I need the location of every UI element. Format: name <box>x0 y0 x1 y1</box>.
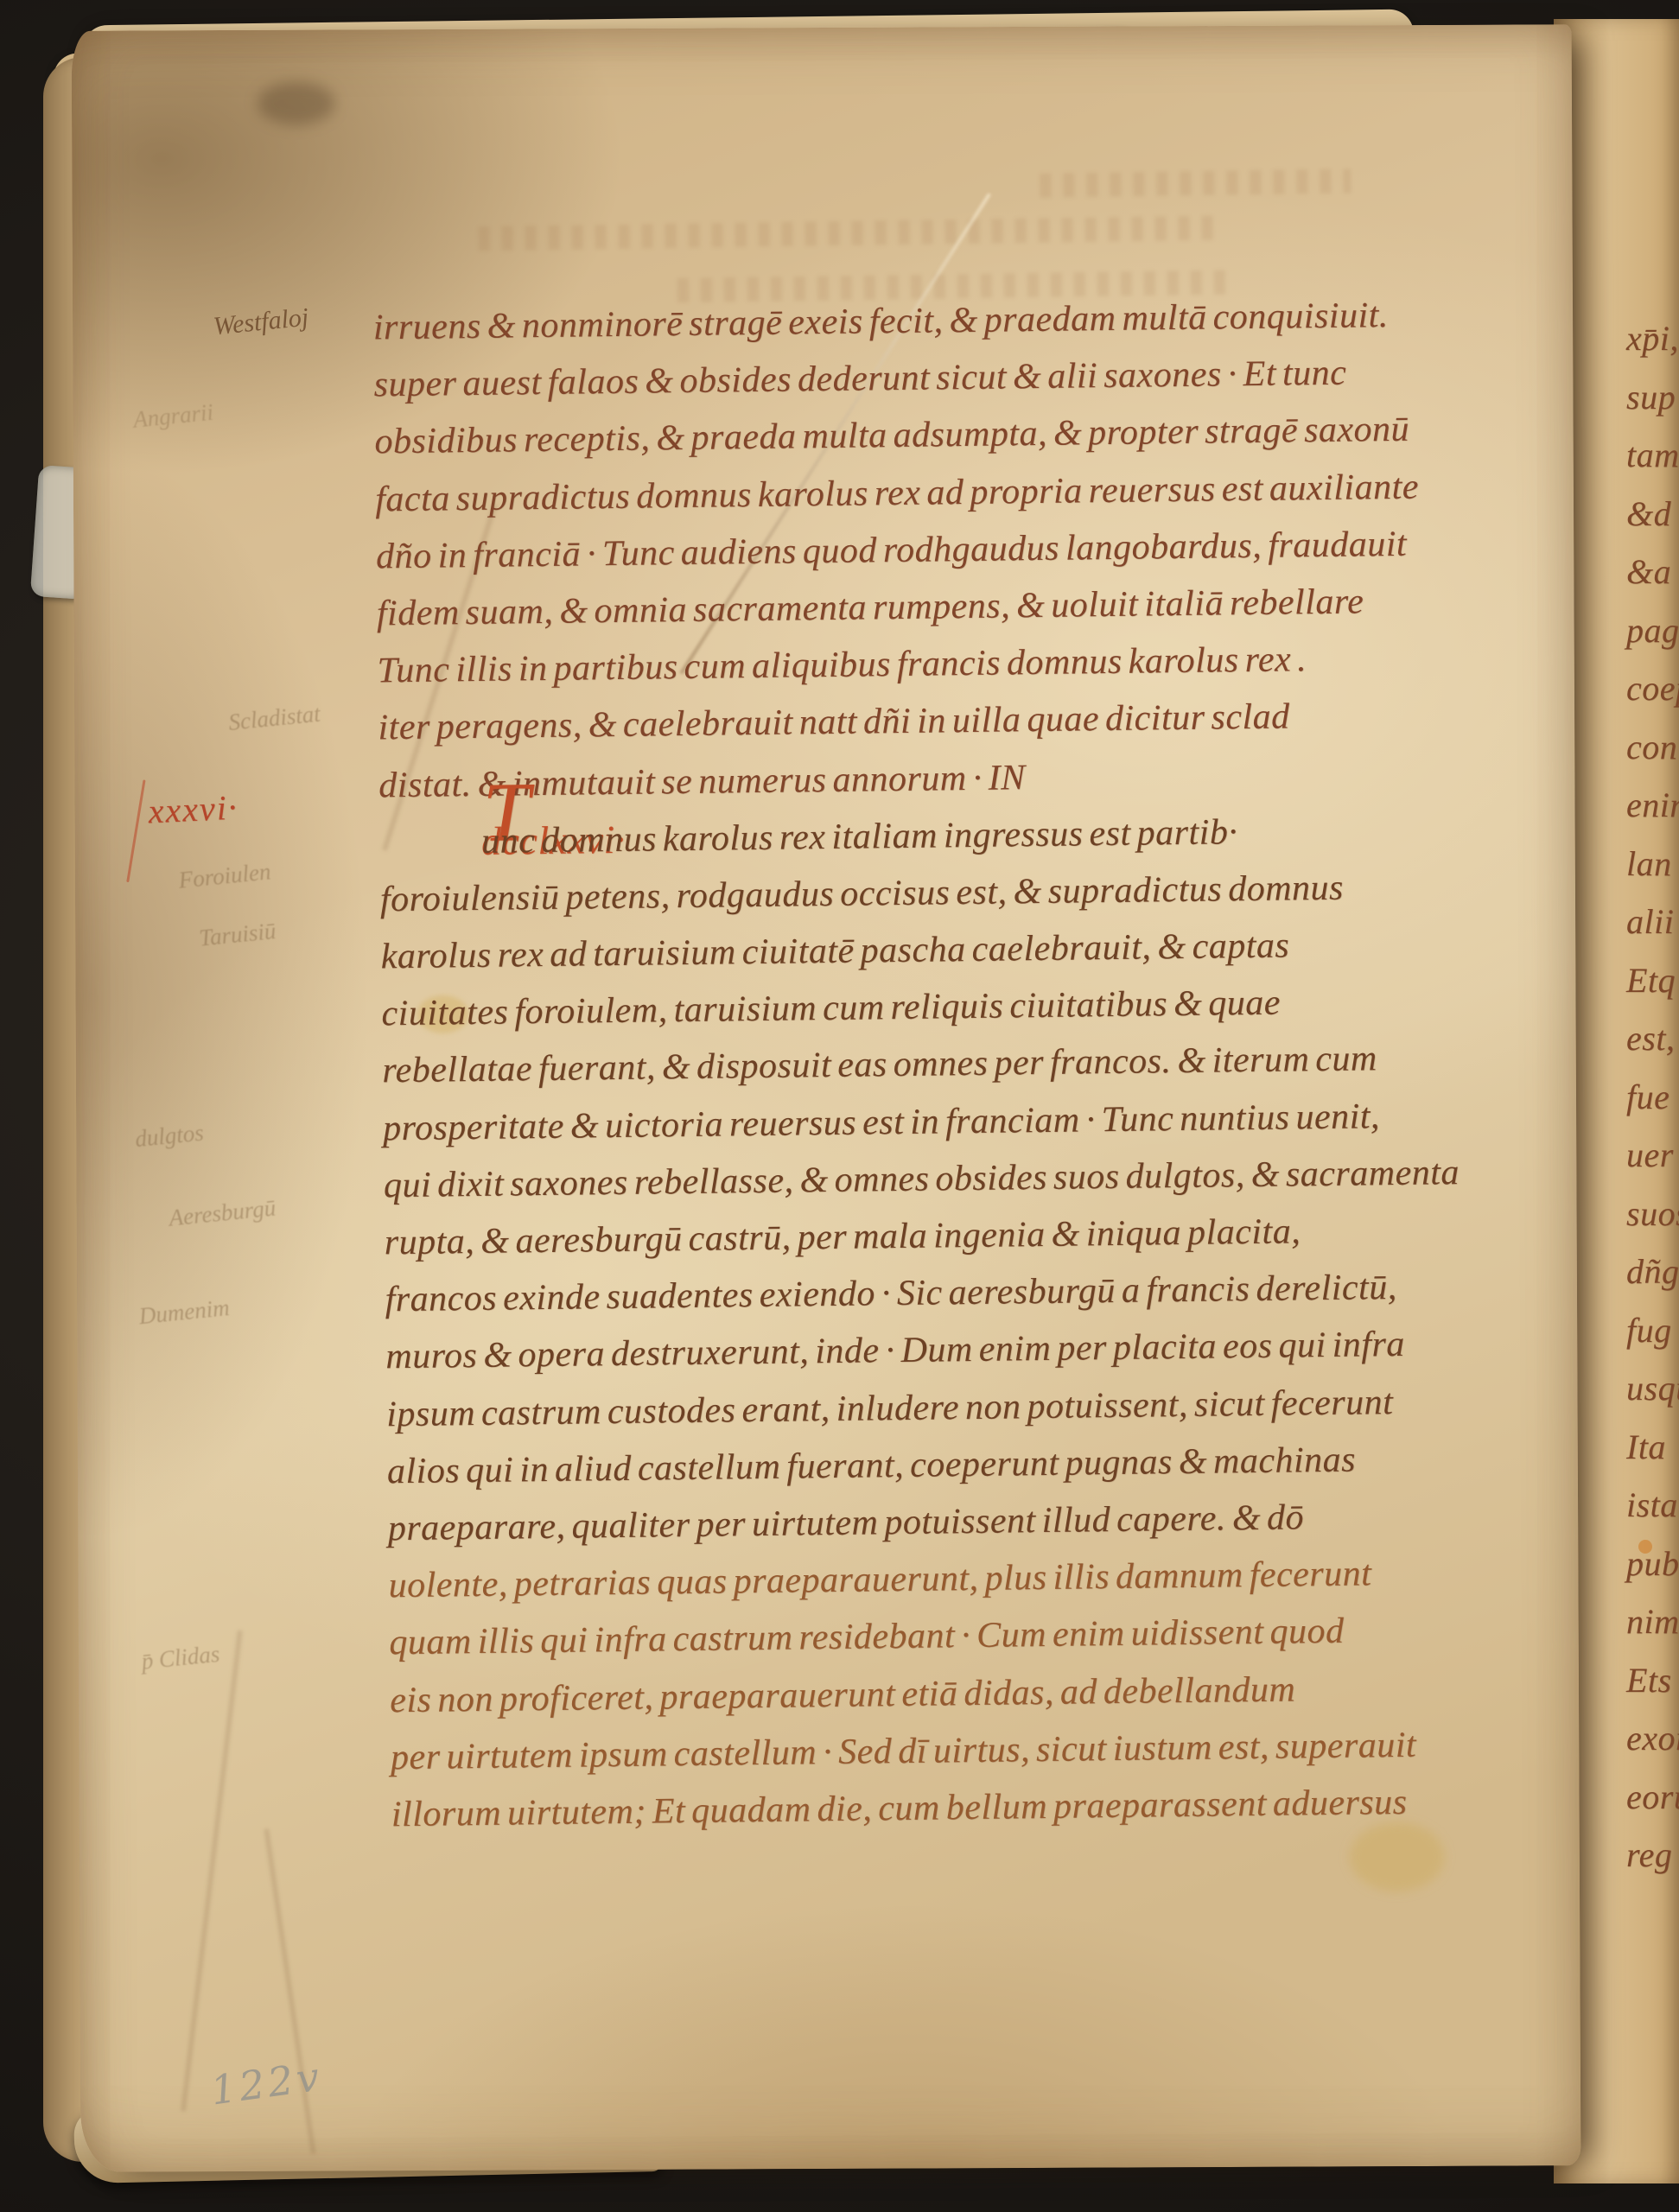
text-fragment: nim <box>1626 1592 1679 1651</box>
red-margin-flourish <box>126 779 145 882</box>
text-fragment: Etq <box>1626 951 1679 1010</box>
text-fragment: Ets <box>1626 1651 1679 1710</box>
text-fragment: fue <box>1626 1068 1679 1127</box>
text-fragment: eoru <box>1626 1768 1679 1827</box>
text-fragment: uer <box>1626 1126 1679 1185</box>
text-fragment: coep <box>1626 659 1679 718</box>
text-fragment: alii <box>1626 893 1679 951</box>
text-fragment: &a <box>1626 543 1679 601</box>
text-fragment: &d <box>1626 485 1679 543</box>
margin-gloss: Scladistat <box>227 701 321 736</box>
text-fragment: lan <box>1626 835 1679 893</box>
text-fragment: pag <box>1626 601 1679 660</box>
text-fragment: est, <box>1626 1009 1679 1068</box>
margin-gloss: Dumenim <box>137 1294 231 1330</box>
line-text: unc domnus karolus rex italiam ingressus… <box>481 804 1238 870</box>
folio-number-pencil: 122v <box>208 2053 326 2114</box>
text-fragment: Ita <box>1626 1418 1679 1477</box>
text-fragment: reg <box>1626 1826 1679 1885</box>
text-fragment: suos <box>1626 1185 1679 1243</box>
text-fragment: tam <box>1626 426 1679 485</box>
margin-gloss: Westfaloj <box>212 303 309 342</box>
line-text: iter peragens, & caelebrauit natt dñi in… <box>378 689 1290 757</box>
text-fragment: publ <box>1626 1535 1679 1593</box>
text-fragment: fug <box>1626 1301 1679 1360</box>
margin-gloss: Taruisiū <box>198 918 277 952</box>
margin-gloss: Foroiulen <box>177 858 272 893</box>
margin-gloss: Angrarii <box>132 399 215 434</box>
text-fragment: xp̄i, <box>1626 309 1679 368</box>
line-text: illorum uirtutem; Et quadam die, cum bel… <box>391 1774 1407 1844</box>
next-folio-text-column: xp̄i,suptam&d&apagcoepconenimlanaliiEtqe… <box>1626 309 1679 1885</box>
text-fragment: dñg <box>1626 1243 1679 1301</box>
main-text-block: irruens & nonminorē stragē exeis fecit, … <box>372 284 1601 1843</box>
text-fragment: usqu <box>1626 1359 1679 1418</box>
photo-background: xp̄i,suptam&d&apagcoepconenimlanaliiEtqe… <box>0 0 1679 2212</box>
margin-gloss: p̄ Clidas <box>140 1641 220 1675</box>
line-text: distat. & inmutauit se numerus annorum ·… <box>378 749 1026 814</box>
text-fragment: exor <box>1626 1709 1679 1768</box>
margin-gloss: dulgtos <box>134 1119 205 1153</box>
margin-gloss: Aeresburgū <box>168 1195 277 1232</box>
text-fragment: sup <box>1626 368 1679 427</box>
margin-year-number: xxxvi· <box>148 787 239 832</box>
manuscript-page: xxxvi· WestfalojAngrariiScladistatForoiu… <box>72 24 1581 2172</box>
line-text: ciuitates foroiulem, taruisium cum reliq… <box>381 975 1281 1043</box>
ink-dot <box>1638 1540 1652 1554</box>
text-fragment: istar <box>1626 1476 1679 1535</box>
text-fragment: enim <box>1626 776 1679 835</box>
page-content: xxxvi· WestfalojAngrariiScladistatForoiu… <box>72 18 1598 2177</box>
text-fragment: con <box>1626 718 1679 777</box>
